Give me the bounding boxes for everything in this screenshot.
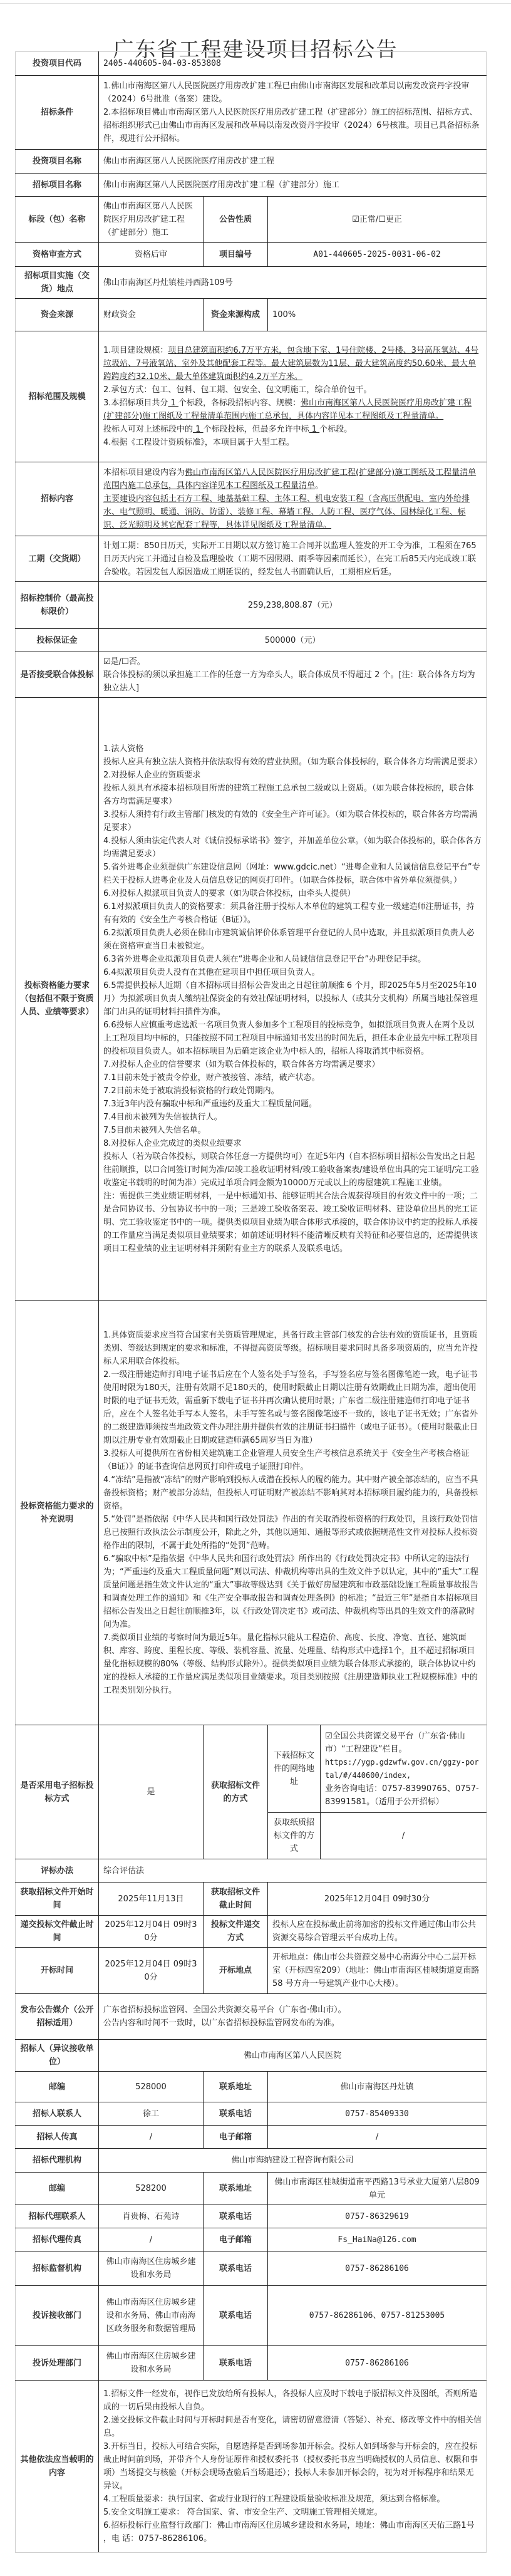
row-project-code: 投资项目代码 2405-440605-04-03-853808: [16, 52, 487, 76]
qualification-line: 7.2目前未处于被取消投标资格的行政处罚期内。: [103, 1084, 482, 1098]
row-opening: 开标时间 2025年12月04日 09时30分 开标地点 开标地点：佛山市公共资…: [16, 1948, 487, 1994]
consortium-checkbox: ☑是/☐否。: [103, 655, 482, 668]
row-agent-fax: 招标代理传真 / 电子邮箱 Fs_HaiNa@126.com: [16, 2228, 487, 2251]
phone-value: 0757-86286106、0757-81253005: [268, 2286, 487, 2346]
row-control-price: 招标控制价（最高投标限价） 259,238,808.87（元）: [16, 582, 487, 629]
tender-name-value: 佛山市南海区第八人民医院医疗用房改扩建工程（扩建部分）施工: [99, 174, 487, 197]
fax-value: /: [99, 2228, 204, 2251]
qualification-line: 6.6投标人应慎重考虑选派一名项目负责人参加多个工程项目的投标竞争，如拟派项目负…: [103, 1019, 482, 1058]
obtain-start-value: 2025年11月13日: [99, 1883, 204, 1916]
qualification-line: 7.5目前未被列入失信名单。: [103, 1124, 482, 1137]
win-count: 1: [309, 425, 320, 434]
label: 资金来源: [16, 299, 99, 331]
label: 招标项目名称: [16, 174, 99, 197]
other-line: 1.招标文件一经发布，视作已发放给所有投标人，各投标人应及时下载电子版招标文件及…: [103, 2387, 482, 2414]
qualification-value: 1.法人资格 投标人应具有独立法人资格并依法取得有效的营业执照。（如为联合体投标…: [99, 698, 487, 1301]
postcode-value: 528200: [99, 2173, 204, 2205]
other-line: 3.开标当日，投标人可结合实际，自愿选择是否到场参加开标会。投标人如到场参与开标…: [103, 2440, 482, 2493]
text: 个标段。: [319, 425, 352, 434]
project-code-value: 2405-440605-04-03-853808: [99, 52, 487, 76]
text: 投标人可对上述标段中的: [103, 425, 193, 434]
bid-count: 1: [193, 425, 204, 434]
row-media: 发布公告媒介（公开招标适用） 广东省招标投标监管网、全国公共资源交易平台（广东省…: [16, 1994, 487, 2040]
content-value: 本招标项目建设内容为佛山市南海区第八人民医院医疗用房改扩建工程(扩建部分)施工图…: [99, 462, 487, 536]
row-section-name: 标段（包）名称 佛山市南海区第八人民医院医疗用房改扩建工程（扩建部分）施工 公告…: [16, 197, 487, 243]
label: 招标内容: [16, 462, 99, 536]
phone-value: 0757-86329619: [268, 2205, 487, 2228]
consult-phone: 业务咨询电话：0757-83990765、0757-83991581。（适用于公…: [325, 1782, 482, 1809]
paper-label: 获取纸质招标文件的方式: [268, 1813, 321, 1859]
row-supervisor: 招标监督机构 佛山市南海区住房城乡建设和水务局 联系电话 0757-862861…: [16, 2251, 487, 2286]
contact-value: 肖贵梅、石苑诗: [99, 2205, 204, 2228]
tender-notice-table: 投资项目代码 2405-440605-04-03-853808 招标条件 1.佛…: [15, 51, 487, 2553]
paper-value: /: [321, 1813, 487, 1859]
label: 投资项目代码: [16, 52, 99, 76]
row-electronic-download: 是否采用电子招标投标方式 是 获取招标文件的方式 下载招标文件的网络地址 ☑全国…: [16, 1725, 487, 1813]
section-count: 1: [168, 398, 178, 408]
tenderer-value: 佛山市南海区第八人民医院: [99, 2040, 487, 2072]
text: 1.项目建设规模：: [103, 346, 168, 355]
review-method-value: 资格后审: [99, 243, 204, 267]
tender-condition-value: 1.佛山市南海区第八人民医院医疗用房改扩建工程已由佛山市南海区发展和改革局以南发…: [99, 76, 487, 150]
supplement-line: 6.“骗取中标”是指依据《中华人民共和国行政处罚法》所作出的《行政处罚决定书》中…: [103, 1552, 482, 1631]
row-funds: 资金来源 财政资金 资金来源构成 100%: [16, 299, 487, 331]
label: 联系电话: [204, 2346, 268, 2381]
period-value: 计划工期：850日历天，实际开工日期以双方签订施工合同并以监理人签发的开工令为准…: [99, 536, 487, 582]
label: 投诉接收部门: [16, 2286, 99, 2346]
label: 资格审查方式: [16, 243, 99, 267]
text: 个标段投标，但最多允许中标: [204, 425, 309, 434]
phone-value: 0757-86286106: [268, 2251, 487, 2286]
content-line-2: 主要建设内容包括土石方工程、地基基础工程、主体工程、机电安装工程（含高压供配电、…: [103, 492, 482, 532]
row-tenderer-fax: 招标人传真 / 电子邮箱 /: [16, 2126, 487, 2149]
complaint-receive-value: 佛山市南海区住房城乡建设和水务局、佛山市南海区政务服务和数据管理局: [99, 2286, 204, 2346]
row-submit: 递交投标文件截止时间 2025年12月04日 09时30分 投标文件递交方式 投…: [16, 1916, 487, 1948]
qualification-line: 6.4拟派项目负责人没有在其他在建项目中担任项目负责人。: [103, 966, 482, 979]
label: 联系电话: [204, 2102, 268, 2126]
supplement-line: 7.类似项目业绩的考察时间为最近5年。量化指标只能从工程造价、高度、长度、净宽、…: [103, 1631, 482, 1697]
media-line: 广东省招标投标监管网、全国公共资源交易平台（广东省·佛山市）。: [103, 2003, 482, 2017]
supplement-line: 4.“冻结”是指被“冻结”的财产影响到投标人或潜在投标人的履约能力。其中财产被全…: [103, 1473, 482, 1513]
other-line: 4.工程质量要求：执行国家、省或行业现行的工程建设质量验收标准及规范，须达到合格…: [103, 2493, 482, 2506]
media-value: 广东省招标投标监管网、全国公共资源交易平台（广东省·佛山市）。 公告内容和时间不…: [99, 1994, 487, 2040]
qualification-line: 6.1对拟派项目负责人的资格要求：须具备注册于投标人本单位的建筑工程专业一级建造…: [103, 900, 482, 927]
qualification-line: 投标人（若为联合体投标，则联合体任意一方提供均可）在近5年内（自本招标项目招标公…: [103, 1150, 482, 1190]
row-tenderer-contact: 招标人联系人 徐工 联系电话 0757-85409330: [16, 2102, 487, 2126]
notice-nature-checkbox: ☑正常/☐更正: [268, 197, 487, 243]
label: 招标人联系人: [16, 2102, 99, 2126]
address-value: 佛山市南海区丹灶镇: [268, 2072, 487, 2102]
qualification-line: 6.2拟派项目负责人必须在佛山市建筑诚信评价体系管理平台登记的人员中选取，并且拟…: [103, 927, 482, 953]
label: 资金来源构成: [204, 299, 268, 331]
location-value: 佛山市南海区丹灶镇桂丹西路109号: [99, 267, 487, 299]
electronic-value: 是: [99, 1725, 204, 1859]
label: 开标时间: [16, 1948, 99, 1994]
row-obtain-time: 获取招标文件开始时间 2025年11月13日 获取招标文件截止时间 2025年1…: [16, 1883, 487, 1916]
label: 投资项目名称: [16, 150, 99, 174]
row-investment-name: 投资项目名称 佛山市南海区第八人民医院医疗用房改扩建工程: [16, 150, 487, 174]
download-label: 下载招标文件的网络地址: [268, 1725, 321, 1813]
label: 是否采用电子招标投标方式: [16, 1725, 99, 1859]
label: 投标资格能力要求（包括但不限于资质人员、业绩等要求）: [16, 698, 99, 1301]
label: 邮编: [16, 2173, 99, 2205]
label: 联系电话: [204, 2286, 268, 2346]
supplement-line: 1.具体资质要求应当符合国家有关资质管理规定，具备行政主管部门核发的合法有效的资…: [103, 1329, 482, 1368]
label: 评标办法: [16, 1859, 99, 1883]
submit-deadline-value: 2025年12月04日 09时30分: [99, 1916, 204, 1948]
qualification-line: 6.3省外进粤企业拟派项目负责人须在“进粤企业和人员诚信信息登记平台”办理登记手…: [103, 953, 482, 966]
label: 投标文件递交方式: [204, 1916, 268, 1948]
label: 联系电话: [204, 2205, 268, 2228]
scope-line-3: 3.本招标项目共分 1 个标段，各标段招标内容、规模：佛山市南海区第八人民医院医…: [103, 397, 482, 423]
row-review-method: 资格审查方式 资格后审 项目编号 A01-440605-2025-0031-06…: [16, 243, 487, 267]
fax-value: /: [99, 2126, 204, 2149]
label: 投诉处理部门: [16, 2346, 99, 2381]
qualification-line: 8.对投标人企业完成过的类似业绩要求: [103, 1137, 482, 1150]
qualification-line: 6.对投标人拟派项目负责人的要求（如为联合体投标，由牵头人提供）: [103, 887, 482, 900]
scope-line-2: 2.承包方式：包工、包料、包工期、包安全、包文明施工，综合单价包干。: [103, 383, 482, 397]
platform-checkbox: ☑全国公共资源交易平台（广东省·佛山市）“工程建设”栏目。: [325, 1730, 482, 1756]
label: 招标人传真: [16, 2126, 99, 2149]
label: 招标监督机构: [16, 2251, 99, 2286]
condition-line: 2.本招标项目佛山市南海区第八人民医院医疗用房改扩建工程（扩建部分）施工的招标范…: [103, 106, 482, 145]
label: 招标项目实施（交货）地点: [16, 267, 99, 299]
text: 本招标项目建设内容为: [103, 468, 185, 477]
row-agent-postcode: 邮编 528200 联系地址 佛山市南海区桂城街道南平西路13号承业大厦第八层8…: [16, 2173, 487, 2205]
row-period: 工期（交货期） 计划工期：850日历天，实际开工日期以双方签订施工合同并以监理人…: [16, 536, 487, 582]
row-agent: 招标代理机构 佛山市海纳建设工程咨询有限公司: [16, 2149, 487, 2173]
qualification-line: 5.省外进粤企业须提供广东建设信息网（网址：www.gdcic.net）“进粤企…: [103, 861, 482, 887]
project-number-value: A01-440605-2025-0031-06-02: [268, 243, 487, 267]
scope-value: 1.项目建设规模：项目总建筑面积约6.7万平方米，包含地下室、1号住院楼、2号楼…: [99, 331, 487, 462]
label: 邮编: [16, 2072, 99, 2102]
row-other: 其他依法应当载明的内容 1.招标文件一经发布，视作已发放给所有投标人，各投标人应…: [16, 2381, 487, 2553]
download-value: ☑全国公共资源交易平台（广东省·佛山市）“工程建设”栏目。 https://yg…: [321, 1725, 487, 1813]
label: 是否接受联合体投标: [16, 652, 99, 698]
supplement-line: 5.“处罚”是指依据《中华人民共和国行政处罚法》作出的有关取消投标资格的行政处罚…: [103, 1513, 482, 1552]
row-consortium: 是否接受联合体投标 ☑是/☐否。 联合体投标的须以承担施工工作的任意一方为牵头人…: [16, 652, 487, 698]
condition-line: 1.佛山市南海区第八人民医院医疗用房改扩建工程已由佛山市南海区发展和改革局以南发…: [103, 80, 482, 106]
row-qualification-supplement: 投标资格能力要求的补充说明 1.具体资质要求应当符合国家有关资质管理规定，具备行…: [16, 1301, 487, 1725]
label: 投标资格能力要求的补充说明: [16, 1301, 99, 1725]
qualification-line: 注：需提供三类业绩证明材料，一是中标通知书、能够证明其合法合规获得项目的有效文件…: [103, 1190, 482, 1255]
qualification-line: 3.投标人须持有行政主管部门核发的有效的《安全生产许可证》。（如为联合体投标的，…: [103, 808, 482, 834]
label: 开标地点: [204, 1948, 268, 1994]
row-location: 招标项目实施（交货）地点 佛山市南海区丹灶镇桂丹西路109号: [16, 267, 487, 299]
text: 。: [315, 481, 323, 491]
supplement-line: 3.投标人可提供所在省份相关建筑施工企业管理人员安全生产考核信息系统关于《安全生…: [103, 1447, 482, 1473]
scope-line-1: 1.项目建设规模：项目总建筑面积约6.7万平方米，包含地下室、1号住院楼、2号楼…: [103, 344, 482, 383]
download-link[interactable]: https://ygp.gdzwfw.gov.cn/ggzy-portal/#/…: [325, 1756, 482, 1782]
row-content: 招标内容 本招标项目建设内容为佛山市南海区第八人民医院医疗用房改扩建工程(扩建部…: [16, 462, 487, 536]
row-complaint-receive: 投诉接收部门 佛山市南海区住房城乡建设和水务局、佛山市南海区政务服务和数据管理局…: [16, 2286, 487, 2346]
scope-line-4: 投标人可对上述标段中的 1 个标段投标，但最多允许中标 1 个标段。: [103, 423, 482, 436]
qualification-line: 7.3近3年内没有骗取中标和严重违约及重大工程质量问题。: [103, 1098, 482, 1111]
label: 招标条件: [16, 76, 99, 150]
consortium-note: 联合体投标的须以承担施工工作的任意一方为牵头人，联合体成员不得超过 2 个。[注…: [103, 668, 482, 695]
label: 其他依法应当载明的内容: [16, 2381, 99, 2553]
email-value[interactable]: Fs_HaiNa@126.com: [268, 2228, 487, 2251]
row-complaint-process: 投诉处理部门 佛山市南海区住房城乡建设和水务局 联系电话 0757-862861…: [16, 2346, 487, 2381]
qualification-line: 7.1目前未处于被责令停业，财产被接管、冻结，破产状态。: [103, 1071, 482, 1084]
label: 获取招标文件截止时间: [204, 1883, 268, 1916]
opening-place-value: 开标地点：佛山市公共资源交易中心南海分中心二层开标室（开标四室209）（地址：佛…: [268, 1948, 487, 1994]
label: 获取招标文件开始时间: [16, 1883, 99, 1916]
qualification-line: 投标人应具有独立法人资格并依法取得有效的营业执照。（如为联合体投标的，联合体各方…: [103, 756, 482, 769]
label: 标段（包）名称: [16, 197, 99, 243]
row-deposit: 投标保证金 500000（元）: [16, 629, 487, 652]
label: 招标范围及规模: [16, 331, 99, 462]
row-tender-condition: 招标条件 1.佛山市南海区第八人民医院医疗用房改扩建工程已由佛山市南海区发展和改…: [16, 76, 487, 150]
control-price-value: 259,238,808.87（元）: [99, 582, 487, 629]
submit-method-value: 投标人应在投标截止前将加密的投标文件通过佛山市公共资源交易综合管理云平台成功上传…: [268, 1916, 487, 1948]
label: 电子邮箱: [204, 2228, 268, 2251]
label: 电子邮箱: [204, 2126, 268, 2149]
top-divider: [0, 3, 511, 4]
phone-value: 0757-86286106: [268, 2346, 487, 2381]
investment-name-value: 佛山市南海区第八人民医院医疗用房改扩建工程: [99, 150, 487, 174]
address-value: 佛山市南海区桂城街道南平西路13号承业大厦第八层809单元: [268, 2173, 487, 2205]
consortium-value: ☑是/☐否。 联合体投标的须以承担施工工作的任意一方为牵头人，联合体成员不得超过…: [99, 652, 487, 698]
evaluation-value: 综合评估法: [99, 1859, 487, 1883]
row-qualification: 投标资格能力要求（包括但不限于资质人员、业绩等要求） 1.法人资格 投标人应具有…: [16, 698, 487, 1301]
label: 招标代理机构: [16, 2149, 99, 2173]
label: 招标控制价（最高投标限价）: [16, 582, 99, 629]
contact-value: 徐工: [99, 2102, 204, 2126]
other-line: 6.招标投标行业监督行政部门：佛山市南海区住房城乡建设和水务局，地址：佛山市南海…: [103, 2519, 482, 2545]
label: 公告性质: [204, 197, 268, 243]
label: 工期（交货期）: [16, 536, 99, 582]
section-name-value: 佛山市南海区第八人民医院医疗用房改扩建工程（扩建部分）施工: [99, 197, 204, 243]
supplement-value: 1.具体资质要求应当符合国家有关资质管理规定，具备行政主管部门核发的合法有效的资…: [99, 1301, 487, 1725]
other-line: 2.递交投标文件截止时间与开标时间是否有变化，请密切留意澄清（答疑）、补充、修改…: [103, 2414, 482, 2440]
label: 获取招标文件的方式: [204, 1725, 268, 1859]
postcode-value: 528000: [99, 2072, 204, 2102]
row-tender-name: 招标项目名称 佛山市南海区第八人民医院医疗用房改扩建工程（扩建部分）施工: [16, 174, 487, 197]
label: 发布公告媒介（公开招标适用）: [16, 1994, 99, 2040]
label: 项目编号: [204, 243, 268, 267]
email-value: /: [268, 2126, 487, 2149]
row-tenderer: 招标人（异议接收单位） 佛山市南海区第八人民医院: [16, 2040, 487, 2072]
label: 递交投标文件截止时间: [16, 1916, 99, 1948]
label: 联系地址: [204, 2072, 268, 2102]
label: 招标代理传真: [16, 2228, 99, 2251]
media-line: 公告内容和时间不一致时，以广东省招标投标监管网发布的为准。: [103, 2017, 482, 2030]
agent-value: 佛山市海纳建设工程咨询有限公司: [99, 2149, 487, 2173]
label: 投标保证金: [16, 629, 99, 652]
text: 个标段，各标段招标内容、规模：: [178, 398, 301, 408]
text: 3.本招标项目共分: [103, 398, 168, 408]
qualification-line: 2.对投标人企业的资质要求: [103, 769, 482, 782]
funds-composition-value: 100%: [268, 299, 487, 331]
complaint-process-value: 佛山市南海区住房城乡建设和水务局: [99, 2346, 204, 2381]
label: 招标代理联系人: [16, 2205, 99, 2228]
scope-line-5: 4.根据《工程设计资质标准》，本项目属于大型工程。: [103, 436, 482, 449]
row-scope: 招标范围及规模 1.项目建设规模：项目总建筑面积约6.7万平方米，包含地下室、1…: [16, 331, 487, 462]
qualification-line: 6.5需提供投标人近期（自本招标项目招标公告发出之日起往前顺推 6 个月，即20…: [103, 979, 482, 1019]
other-value: 1.招标文件一经发布，视作已发放给所有投标人，各投标人应及时下载电子版招标文件及…: [99, 2381, 487, 2553]
label: 联系电话: [204, 2251, 268, 2286]
supplement-line: 2.一级注册建造师打印电子证书后应在个人签名处手写签名，手写签名应与签名图像笔迹…: [103, 1368, 482, 1447]
opening-time-value: 2025年12月04日 09时30分: [99, 1948, 204, 1994]
row-agent-contact: 招标代理联系人 肖贵梅、石苑诗 联系电话 0757-86329619: [16, 2205, 487, 2228]
supervisor-value: 佛山市南海区住房城乡建设和水务局: [99, 2251, 204, 2286]
row-evaluation: 评标办法 综合评估法: [16, 1859, 487, 1883]
content-line-1: 本招标项目建设内容为佛山市南海区第八人民医院医疗用房改扩建工程(扩建部分)施工图…: [103, 466, 482, 492]
phone-value: 0757-85409330: [268, 2102, 487, 2126]
qualification-line: 7.对投标人企业的信誉要求（如为联合体投标的，联合体各方均需满足要求）: [103, 1058, 482, 1071]
qualification-line: 投标人须具有承接本招标项目所需的建筑工程施工总承包二级或以上资质。（如为联合体投…: [103, 782, 482, 808]
qualification-line: 1.法人资格: [103, 742, 482, 756]
funds-source-value: 财政资金: [99, 299, 204, 331]
qualification-line: 4.投标人须由法定代表人对《诚信投标承诺书》签字，并加盖单位公章。（如为联合体投…: [103, 834, 482, 861]
obtain-end-value: 2025年12月04日 09时30分: [268, 1883, 487, 1916]
label: 招标人（异议接收单位）: [16, 2040, 99, 2072]
other-line: 5.安全文明施工要求： 符合国家、省、市安全生产、文明施工管理相关规定。: [103, 2506, 482, 2519]
qualification-line: 7.4目前未被列为失信被执行人。: [103, 1111, 482, 1124]
row-tenderer-postcode: 邮编 528000 联系地址 佛山市南海区丹灶镇: [16, 2072, 487, 2102]
label: 联系地址: [204, 2173, 268, 2205]
deposit-value: 500000（元）: [99, 629, 487, 652]
